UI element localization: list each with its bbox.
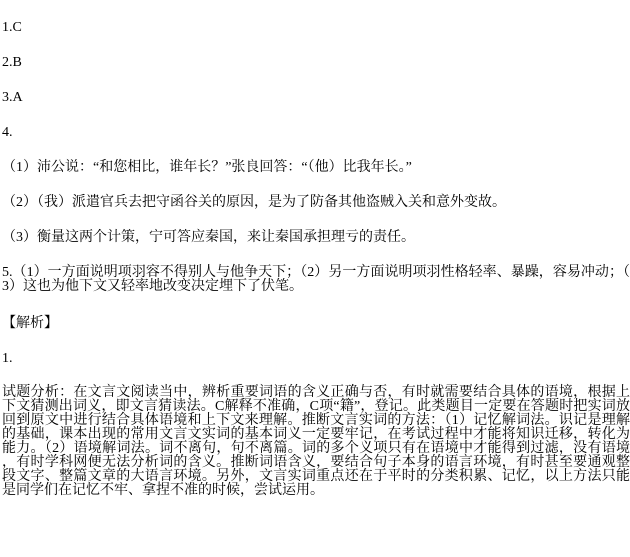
answer-line-5: 5.（1）一方面说明项羽容不得别人与他争天下；（2）另一方面说明项羽性格轻率、暴… — [2, 266, 630, 294]
analysis-section-header: 【解析】 — [2, 317, 630, 331]
answer-line-2: 2.B — [2, 56, 630, 70]
answer-line-4: 4. — [2, 126, 630, 140]
analysis-paragraph: 试题分析：在文言文阅读当中，辨析重要词语的含义正确与否，有时就需要结合具体的语境… — [2, 386, 630, 498]
answer-line-4-sub-3: （3）衡量这两个计策，宁可答应秦国，来让秦国承担理亏的责任。 — [2, 231, 630, 245]
answer-line-4-sub-1: （1）沛公说：“和您相比，谁年长？”张良回答：“（他）比我年长。” — [2, 161, 630, 175]
analysis-item-number: 1. — [2, 352, 630, 366]
answer-line-3: 3.A — [2, 91, 630, 105]
answer-line-4-sub-2: （2）（我）派遣官兵去把守函谷关的原因，是为了防备其他盗贼入关和意外变故。 — [2, 196, 630, 210]
answer-document: 1.C 2.B 3.A 4. （1）沛公说：“和您相比，谁年长？”张良回答：“（… — [0, 0, 630, 557]
answer-line-1: 1.C — [2, 21, 630, 35]
